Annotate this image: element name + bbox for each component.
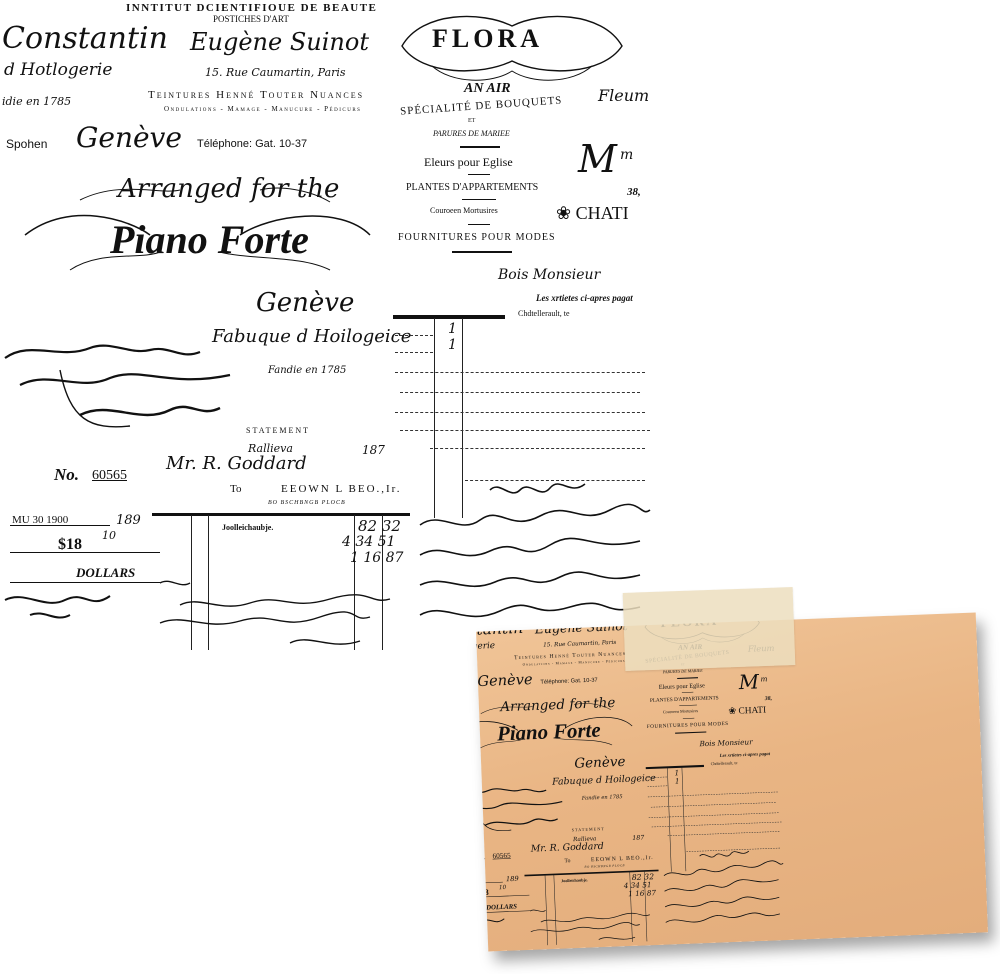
card-monogram-m: M: [738, 672, 759, 693]
monogram-m-sup: m: [620, 148, 633, 162]
postiches-text: POSTICHES D'ART: [213, 15, 289, 24]
masking-tape: [623, 587, 796, 671]
card-chati-text: ❀ CHATI: [728, 705, 766, 716]
card-artictes-text: Les xrtietes ci-apres pagat: [720, 751, 770, 758]
letter-scribble-icon: [150, 575, 420, 650]
card-fabuque-script: Fabuque d Hoilogeice: [552, 773, 656, 786]
card-eleurs-text: Eleurs pour Eglise: [659, 682, 705, 690]
card-chatellerault-text: Chdtellerault, te: [711, 761, 738, 766]
ondulations-text: Ondulations - Mamage - Manucure - Pédicu…: [164, 106, 361, 113]
card-piano-forte-title: Piano Forte: [497, 719, 601, 744]
card-handwriting-scribble-icon: [658, 842, 791, 941]
card-bois-script: Bois Monsieur: [699, 739, 752, 748]
chati-text: ❀ CHATI: [556, 204, 629, 222]
piano-forte-title: Piano Forte: [110, 220, 309, 260]
card-ledger-qty-1: 1: [674, 769, 679, 776]
dollar-cents: 10: [102, 530, 116, 541]
monogram-m: M: [578, 140, 617, 178]
card-fandie-text: Fandie en 1785: [582, 795, 623, 802]
card-address-text: 15. Rue Caumartin, Paris: [543, 639, 616, 648]
ledger-qty-2: 1: [448, 338, 457, 352]
card-couroeen-text: Couroeen Mortusires: [663, 709, 698, 715]
card-number-label: No.: [476, 852, 486, 861]
card-number-38: 38,: [765, 696, 772, 702]
card-chati-word: CHATI: [738, 704, 766, 715]
handwriting-scribble-icon: [410, 470, 660, 650]
geneve-mid-script: Genève: [256, 290, 354, 316]
card-letter-scribble-icon: [525, 902, 667, 946]
horlogerie-script: d Hotlogerie: [4, 62, 112, 79]
flora-title: FLORA: [432, 26, 543, 52]
mu-189: 189: [116, 514, 141, 527]
signature-bottom-icon: [0, 585, 150, 625]
card-eeown-text: EEOWN L BEO.,Ir.: [591, 855, 654, 863]
card-telephone-text: Téléphone: Gat. 10-37: [540, 677, 597, 685]
card-signature-scribble-icon: [476, 778, 569, 840]
card-to-label: To: [564, 858, 570, 864]
card-mu-date: MU 30 1900: [476, 878, 481, 885]
eleurs-text: Eleurs pour Eglise: [424, 156, 513, 168]
an-air-text: AN AIR: [464, 82, 511, 96]
card-plantes-text: PLANTES D'APPARTEMENTS: [650, 696, 719, 704]
card-amount-3: 1 16 87: [628, 890, 656, 898]
chati-word: CHATI: [576, 203, 629, 223]
teintures-text: Teintures Henné Touter Nuances: [148, 90, 364, 101]
address-text: 15. Rue Caumartin, Paris: [205, 67, 346, 78]
et-text: ET: [468, 118, 475, 124]
card-ledger-qty-2: 1: [675, 778, 680, 785]
fournitures-text: FOURNITURES POUR MODES: [398, 233, 556, 243]
card-number-value: 60565: [492, 852, 510, 860]
bois-script: Bois Monsieur: [498, 268, 600, 282]
signature-scribble-icon: [0, 330, 240, 440]
joolt-text: Joolleichaubje.: [222, 524, 273, 532]
number-38: 38,: [627, 187, 641, 198]
dollars-label: DOLLARS: [76, 566, 135, 579]
telephone-text: Téléphone: Gat. 10-37: [197, 139, 307, 150]
chatellerault-text: Chdtellerault, te: [518, 310, 570, 318]
eeown-text: EEOWN L BEO.,Ir.: [281, 484, 402, 495]
bo-text: BO BSCHBNGB PLOCB: [268, 500, 346, 506]
amount-2: 4 34 51: [342, 535, 395, 549]
card-geneve-mid-script: Genève: [574, 755, 626, 770]
card-dollar-cents: 10: [499, 884, 506, 890]
statement-label: STATEMENT: [246, 427, 310, 435]
spohen-text: Spohen: [6, 138, 47, 150]
to-label: To: [230, 484, 241, 495]
parures-text: PARURES DE MARIEE: [433, 130, 510, 138]
fabuque-script: Fabuque d Hoilogeice: [212, 328, 411, 346]
institute-heading: INNTITUT DCIENTIFIOUE DE BEAUTE: [126, 3, 377, 14]
card-horlogerie-script: d Hotlogerie: [476, 641, 495, 652]
card-year-text: 187: [632, 834, 644, 841]
year-text: 187: [362, 444, 385, 456]
number-value: 60565: [92, 469, 127, 483]
card-goddard-script: Mr. R. Goddard: [531, 842, 604, 854]
constantin-script: Constantin: [2, 24, 168, 54]
dollar-amount: $18: [58, 537, 82, 553]
card-fournitures-text: FOURNITURES POUR MODES: [647, 721, 729, 729]
eugene-script: Eugène Suinot: [190, 30, 369, 54]
specialite-text: SPÉCIALITÉ DE BOUQUETS: [400, 95, 563, 117]
fandie-text: Fandie en 1785: [268, 366, 346, 376]
fondee-text: idie en 1785: [2, 96, 71, 107]
number-label: No.: [54, 466, 79, 483]
goddard-script: Mr. R. Goddard: [166, 455, 307, 473]
card-signature-bottom-icon: [476, 912, 526, 936]
ledger-qty-1: 1: [448, 322, 457, 336]
card-joolt-text: Joolleichaubje.: [561, 878, 588, 883]
card-parures-text: PARURES DE MARIEE: [663, 669, 703, 675]
card-dollars-label: DOLLARS: [486, 903, 517, 911]
couroeen-text: Couroeen Mortusires: [430, 207, 498, 215]
card-statement-label: STATEMENT: [572, 827, 605, 832]
amount-1: 82 32: [358, 519, 401, 534]
plantes-text: PLANTES D'APPARTEMENTS: [406, 183, 538, 193]
card-monogram-m-sup: m: [760, 676, 767, 684]
ephemera-pattern: INNTITUT DCIENTIFIOUE DE BEAUTE POSTICHE…: [0, 0, 660, 650]
artictes-text: Les xrtietes ci-apres pagat: [536, 294, 633, 303]
card-geneve-top-script: Genève: [477, 672, 533, 689]
geneve-top-script: Genève: [76, 124, 182, 152]
amount-3: 1 16 87: [350, 551, 403, 565]
card-ondulations-text: Ondulations - Mamage - Manucure - Pédicu…: [523, 659, 626, 667]
fleum-script: Fleum: [598, 88, 649, 104]
card-mu-189: 189: [506, 876, 519, 883]
card-bo-text: BO BSCHBNGB PLOCB: [584, 864, 624, 869]
arranged-script: Arranged for the: [118, 176, 339, 202]
